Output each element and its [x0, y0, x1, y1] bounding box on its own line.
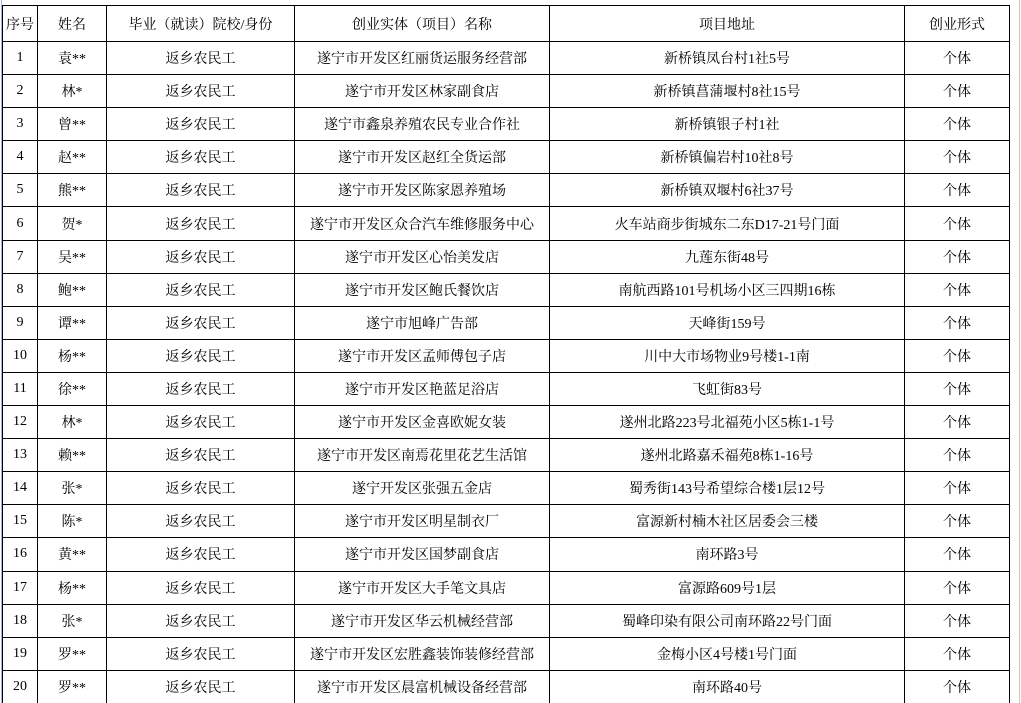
- cell-identity: 返乡农民工: [107, 339, 295, 372]
- cell-identity: 返乡农民工: [107, 108, 295, 141]
- table-row: 1 袁** 返乡农民工 遂宁市开发区红丽货运服务经营部 新桥镇凤台村1社5号 个…: [3, 42, 1010, 75]
- cell-name: 林*: [38, 75, 107, 108]
- table-row: 4 赵** 返乡农民工 遂宁市开发区赵红全货运部 新桥镇偏岩村10社8号 个体: [3, 141, 1010, 174]
- cell-serial: 16: [3, 538, 38, 571]
- cell-identity: 返乡农民工: [107, 604, 295, 637]
- cell-entity: 遂宁市开发区晨富机械设备经营部: [295, 670, 550, 703]
- cell-address: 富源新村楠木社区居委会三楼: [550, 505, 905, 538]
- cell-identity: 返乡农民工: [107, 240, 295, 273]
- table-row: 14 张* 返乡农民工 遂宁开发区张强五金店 蜀秀街143号希望综合楼1层12号…: [3, 472, 1010, 505]
- cell-serial: 7: [3, 240, 38, 273]
- cell-address: 新桥镇银子村1社: [550, 108, 905, 141]
- cell-serial: 12: [3, 406, 38, 439]
- cell-identity: 返乡农民工: [107, 306, 295, 339]
- cell-entity: 遂宁市开发区南焉花里花艺生活馆: [295, 439, 550, 472]
- cell-name: 陈*: [38, 505, 107, 538]
- col-header-name: 姓名: [38, 6, 107, 42]
- cell-entity: 遂宁市开发区孟师傅包子店: [295, 339, 550, 372]
- sheet-right-gridline: [1019, 0, 1020, 703]
- table-row: 15 陈* 返乡农民工 遂宁市开发区明星制衣厂 富源新村楠木社区居委会三楼 个体: [3, 505, 1010, 538]
- cell-entity: 遂宁市开发区林家副食店: [295, 75, 550, 108]
- cell-form: 个体: [905, 637, 1010, 670]
- cell-entity: 遂宁市开发区大手笔文具店: [295, 571, 550, 604]
- cell-address: 新桥镇凤台村1社5号: [550, 42, 905, 75]
- cell-address: 九莲东街48号: [550, 240, 905, 273]
- col-header-form: 创业形式: [905, 6, 1010, 42]
- table-row: 10 杨** 返乡农民工 遂宁市开发区孟师傅包子店 川中大市场物业9号楼1-1南…: [3, 339, 1010, 372]
- cell-identity: 返乡农民工: [107, 505, 295, 538]
- cell-identity: 返乡农民工: [107, 439, 295, 472]
- cell-serial: 2: [3, 75, 38, 108]
- table-row: 5 熊** 返乡农民工 遂宁市开发区陈家恩养殖场 新桥镇双堰村6社37号 个体: [3, 174, 1010, 207]
- cell-form: 个体: [905, 42, 1010, 75]
- cell-address: 南环路3号: [550, 538, 905, 571]
- cell-address: 遂州北路嘉禾福苑8栋1-16号: [550, 439, 905, 472]
- cell-form: 个体: [905, 339, 1010, 372]
- cell-name: 罗**: [38, 637, 107, 670]
- cell-address: 金梅小区4号楼1号门面: [550, 637, 905, 670]
- cell-name: 熊**: [38, 174, 107, 207]
- cell-address: 遂州北路223号北福苑小区5栋1-1号: [550, 406, 905, 439]
- cell-entity: 遂宁市开发区华云机械经营部: [295, 604, 550, 637]
- table-row: 2 林* 返乡农民工 遂宁市开发区林家副食店 新桥镇菖蒲堰村8社15号 个体: [3, 75, 1010, 108]
- cell-name: 吴**: [38, 240, 107, 273]
- table-row: 13 赖** 返乡农民工 遂宁市开发区南焉花里花艺生活馆 遂州北路嘉禾福苑8栋1…: [3, 439, 1010, 472]
- cell-entity: 遂宁市开发区众合汽车维修服务中心: [295, 207, 550, 240]
- table-row: 17 杨** 返乡农民工 遂宁市开发区大手笔文具店 富源路609号1层 个体: [3, 571, 1010, 604]
- cell-form: 个体: [905, 472, 1010, 505]
- cell-address: 富源路609号1层: [550, 571, 905, 604]
- table-row: 7 吴** 返乡农民工 遂宁市开发区心怡美发店 九莲东街48号 个体: [3, 240, 1010, 273]
- cell-entity: 遂宁市开发区赵红全货运部: [295, 141, 550, 174]
- cell-form: 个体: [905, 306, 1010, 339]
- cell-identity: 返乡农民工: [107, 472, 295, 505]
- cell-name: 鲍**: [38, 273, 107, 306]
- table-row: 11 徐** 返乡农民工 遂宁市开发区艳蓝足浴店 飞虹街83号 个体: [3, 372, 1010, 405]
- cell-identity: 返乡农民工: [107, 207, 295, 240]
- cell-address: 蜀秀街143号希望综合楼1层12号: [550, 472, 905, 505]
- table-row: 9 谭** 返乡农民工 遂宁市旭峰广告部 天峰街159号 个体: [3, 306, 1010, 339]
- col-header-serial: 序号: [3, 6, 38, 42]
- table-row: 12 林* 返乡农民工 遂宁市开发区金喜欧妮女装 遂州北路223号北福苑小区5栋…: [3, 406, 1010, 439]
- cell-address: 天峰街159号: [550, 306, 905, 339]
- col-header-identity: 毕业（就读）院校/身份: [107, 6, 295, 42]
- cell-serial: 11: [3, 372, 38, 405]
- cell-name: 罗**: [38, 670, 107, 703]
- cell-address: 川中大市场物业9号楼1-1南: [550, 339, 905, 372]
- table-row: 6 贺* 返乡农民工 遂宁市开发区众合汽车维修服务中心 火车站商步街城东二东D1…: [3, 207, 1010, 240]
- cell-identity: 返乡农民工: [107, 670, 295, 703]
- cell-form: 个体: [905, 505, 1010, 538]
- cell-serial: 4: [3, 141, 38, 174]
- cell-serial: 5: [3, 174, 38, 207]
- cell-entity: 遂宁市开发区明星制衣厂: [295, 505, 550, 538]
- cell-address: 南环路40号: [550, 670, 905, 703]
- cell-form: 个体: [905, 207, 1010, 240]
- cell-name: 曾**: [38, 108, 107, 141]
- cell-identity: 返乡农民工: [107, 372, 295, 405]
- cell-serial: 15: [3, 505, 38, 538]
- cell-address: 蜀峰印染有限公司南环路22号门面: [550, 604, 905, 637]
- cell-entity: 遂宁市鑫泉养殖农民专业合作社: [295, 108, 550, 141]
- cell-entity: 遂宁市开发区艳蓝足浴店: [295, 372, 550, 405]
- cell-serial: 18: [3, 604, 38, 637]
- cell-form: 个体: [905, 372, 1010, 405]
- col-header-address: 项目地址: [550, 6, 905, 42]
- cell-form: 个体: [905, 75, 1010, 108]
- cell-identity: 返乡农民工: [107, 637, 295, 670]
- cell-name: 袁**: [38, 42, 107, 75]
- cell-address: 飞虹街83号: [550, 372, 905, 405]
- cell-address: 火车站商步街城东二东D17-21号门面: [550, 207, 905, 240]
- cell-entity: 遂宁市开发区鲍氏餐饮店: [295, 273, 550, 306]
- cell-entity: 遂宁市开发区金喜欧妮女装: [295, 406, 550, 439]
- cell-entity: 遂宁市开发区宏胜鑫装饰装修经营部: [295, 637, 550, 670]
- cell-identity: 返乡农民工: [107, 273, 295, 306]
- cell-identity: 返乡农民工: [107, 571, 295, 604]
- cell-form: 个体: [905, 604, 1010, 637]
- cell-entity: 遂宁市旭峰广告部: [295, 306, 550, 339]
- cell-form: 个体: [905, 108, 1010, 141]
- cell-identity: 返乡农民工: [107, 141, 295, 174]
- cell-form: 个体: [905, 670, 1010, 703]
- startup-roster-table: 序号 姓名 毕业（就读）院校/身份 创业实体（项目）名称 项目地址 创业形式 1…: [2, 5, 1010, 703]
- table-header-row: 序号 姓名 毕业（就读）院校/身份 创业实体（项目）名称 项目地址 创业形式: [3, 6, 1010, 42]
- cell-name: 杨**: [38, 339, 107, 372]
- cell-serial: 3: [3, 108, 38, 141]
- cell-name: 杨**: [38, 571, 107, 604]
- cell-entity: 遂宁市开发区陈家恩养殖场: [295, 174, 550, 207]
- cell-form: 个体: [905, 538, 1010, 571]
- cell-form: 个体: [905, 240, 1010, 273]
- cell-address: 南航西路101号机场小区三四期16栋: [550, 273, 905, 306]
- table-row: 8 鲍** 返乡农民工 遂宁市开发区鲍氏餐饮店 南航西路101号机场小区三四期1…: [3, 273, 1010, 306]
- cell-serial: 6: [3, 207, 38, 240]
- cell-address: 新桥镇偏岩村10社8号: [550, 141, 905, 174]
- cell-address: 新桥镇菖蒲堰村8社15号: [550, 75, 905, 108]
- cell-identity: 返乡农民工: [107, 538, 295, 571]
- cell-entity: 遂宁市开发区心怡美发店: [295, 240, 550, 273]
- cell-form: 个体: [905, 439, 1010, 472]
- table-row: 3 曾** 返乡农民工 遂宁市鑫泉养殖农民专业合作社 新桥镇银子村1社 个体: [3, 108, 1010, 141]
- cell-serial: 19: [3, 637, 38, 670]
- table-row: 18 张* 返乡农民工 遂宁市开发区华云机械经营部 蜀峰印染有限公司南环路22号…: [3, 604, 1010, 637]
- cell-form: 个体: [905, 141, 1010, 174]
- cell-form: 个体: [905, 174, 1010, 207]
- cell-form: 个体: [905, 571, 1010, 604]
- cell-serial: 14: [3, 472, 38, 505]
- cell-name: 黄**: [38, 538, 107, 571]
- cell-serial: 8: [3, 273, 38, 306]
- cell-identity: 返乡农民工: [107, 75, 295, 108]
- cell-address: 新桥镇双堰村6社37号: [550, 174, 905, 207]
- cell-form: 个体: [905, 406, 1010, 439]
- cell-entity: 遂宁开发区张强五金店: [295, 472, 550, 505]
- cell-serial: 1: [3, 42, 38, 75]
- cell-form: 个体: [905, 273, 1010, 306]
- table-row: 19 罗** 返乡农民工 遂宁市开发区宏胜鑫装饰装修经营部 金梅小区4号楼1号门…: [3, 637, 1010, 670]
- cell-serial: 9: [3, 306, 38, 339]
- cell-name: 贺*: [38, 207, 107, 240]
- cell-serial: 17: [3, 571, 38, 604]
- cell-serial: 20: [3, 670, 38, 703]
- cell-name: 赖**: [38, 439, 107, 472]
- col-header-entity: 创业实体（项目）名称: [295, 6, 550, 42]
- cell-name: 谭**: [38, 306, 107, 339]
- cell-serial: 13: [3, 439, 38, 472]
- cell-serial: 10: [3, 339, 38, 372]
- cell-entity: 遂宁市开发区国梦副食店: [295, 538, 550, 571]
- cell-name: 赵**: [38, 141, 107, 174]
- cell-name: 徐**: [38, 372, 107, 405]
- cell-name: 张*: [38, 604, 107, 637]
- cell-identity: 返乡农民工: [107, 42, 295, 75]
- cell-identity: 返乡农民工: [107, 174, 295, 207]
- table-row: 20 罗** 返乡农民工 遂宁市开发区晨富机械设备经营部 南环路40号 个体: [3, 670, 1010, 703]
- cell-entity: 遂宁市开发区红丽货运服务经营部: [295, 42, 550, 75]
- table-row: 16 黄** 返乡农民工 遂宁市开发区国梦副食店 南环路3号 个体: [3, 538, 1010, 571]
- cell-name: 张*: [38, 472, 107, 505]
- cell-identity: 返乡农民工: [107, 406, 295, 439]
- cell-name: 林*: [38, 406, 107, 439]
